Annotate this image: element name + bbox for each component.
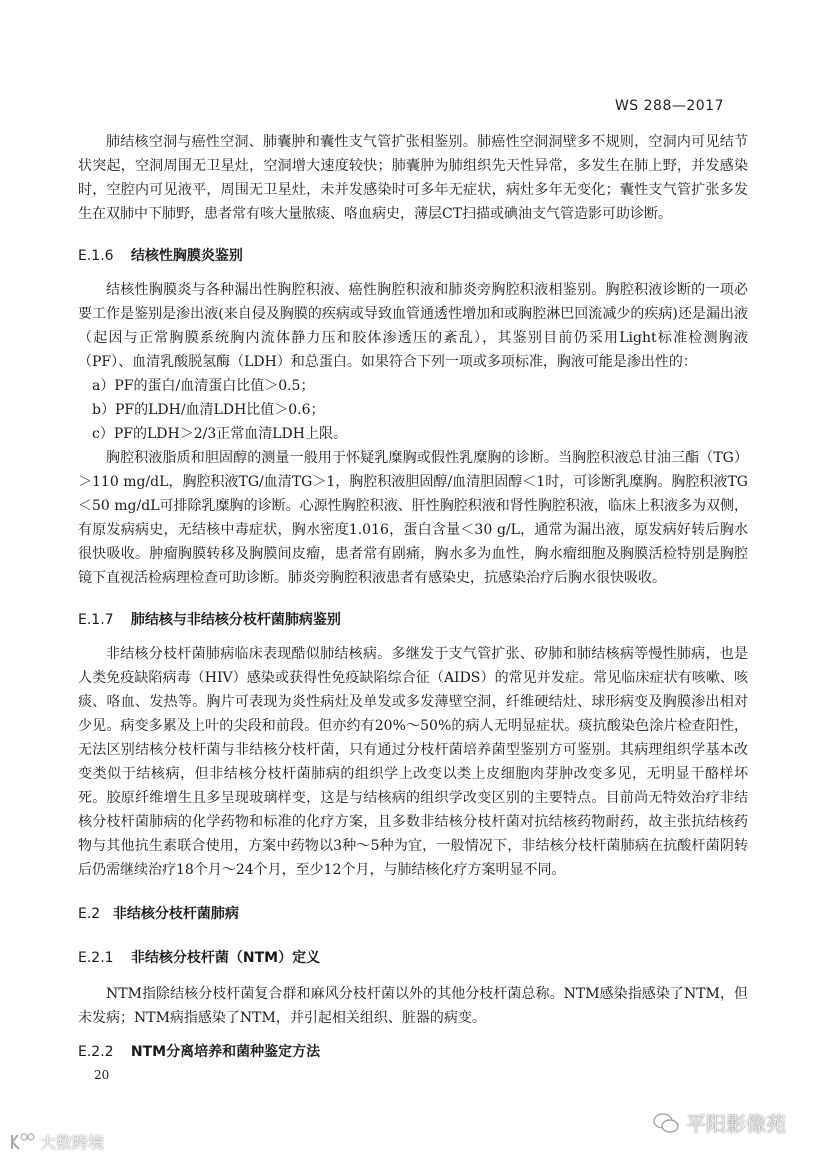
- e21-paragraph: NTM指除结核分枝杆菌复合群和麻风分枝杆菌以外的其他分枝杆菌总称。NTM感染指感…: [78, 982, 748, 1030]
- section-heading-e22: E.2.2 NTM分离培养和菌种鉴定方法: [78, 1040, 748, 1064]
- wechat-icon: [652, 1112, 680, 1134]
- section-heading-e17: E.1.7 肺结核与非结核分枝杆菌肺病鉴别: [78, 608, 748, 632]
- section-title: 非结核分枝杆菌（NTM）定义: [131, 950, 320, 966]
- section-title: 非结核分枝杆菌肺病: [113, 906, 239, 922]
- criteria-item-a: a）PF的蛋白/血清蛋白比值＞0.5；: [78, 374, 748, 398]
- criteria-item-c: c）PF的LDH＞2/3正常血清LDH上限。: [78, 422, 748, 446]
- watermark-right-text: 平阳影像苑: [686, 1108, 786, 1137]
- section-number: E.2.2: [78, 1040, 126, 1064]
- page-number: 20: [94, 1068, 109, 1082]
- section-number: E.1.6: [78, 244, 126, 268]
- section-heading-e21: E.2.1 非结核分枝杆菌（NTM）定义: [78, 946, 748, 970]
- e17-paragraph: 非结核分枝杆菌肺病临床表现酷似肺结核病。多继发于支气管扩张、矽肺和肺结核病等慢性…: [78, 642, 748, 882]
- section-title: 肺结核与非结核分枝杆菌肺病鉴别: [131, 612, 341, 628]
- watermark-left: 大数跨境: [8, 1130, 104, 1153]
- e16-paragraph-2: 胸腔积液脂质和胆固醇的测量一般用于怀疑乳糜胸或假性乳糜胸的诊断。当胸腔积液总甘油…: [78, 446, 748, 590]
- criteria-item-b: b）PF的LDH/血清LDH比值＞0.6；: [78, 398, 748, 422]
- section-number: E.2.1: [78, 946, 126, 970]
- section-title: 结核性胸膜炎鉴别: [131, 248, 243, 264]
- e16-paragraph-1: 结核性胸膜炎与各种漏出性胸腔积液、癌性胸腔积液和肺炎旁胸腔积液相鉴别。胸腔积液诊…: [78, 278, 748, 374]
- watermark-right: 平阳影像苑: [652, 1108, 786, 1137]
- document-body: 肺结核空洞与癌性空洞、肺囊肿和囊性支气管扩张相鉴别。肺癌性空洞洞壁多不规则，空洞…: [78, 130, 748, 1064]
- watermark-left-text: 大数跨境: [40, 1130, 104, 1153]
- section-heading-e16: E.1.6 结核性胸膜炎鉴别: [78, 244, 748, 268]
- section-number: E.1.7: [78, 608, 126, 632]
- section-title: NTM分离培养和菌种鉴定方法: [131, 1044, 320, 1060]
- standard-code: WS 288—2017: [615, 98, 724, 114]
- intro-paragraph: 肺结核空洞与癌性空洞、肺囊肿和囊性支气管扩张相鉴别。肺癌性空洞洞壁多不规则，空洞…: [78, 130, 748, 226]
- section-heading-e2: E.2 非结核分枝杆菌肺病: [78, 902, 748, 926]
- section-number: E.2: [78, 902, 108, 926]
- brand-logo-icon: [8, 1131, 36, 1153]
